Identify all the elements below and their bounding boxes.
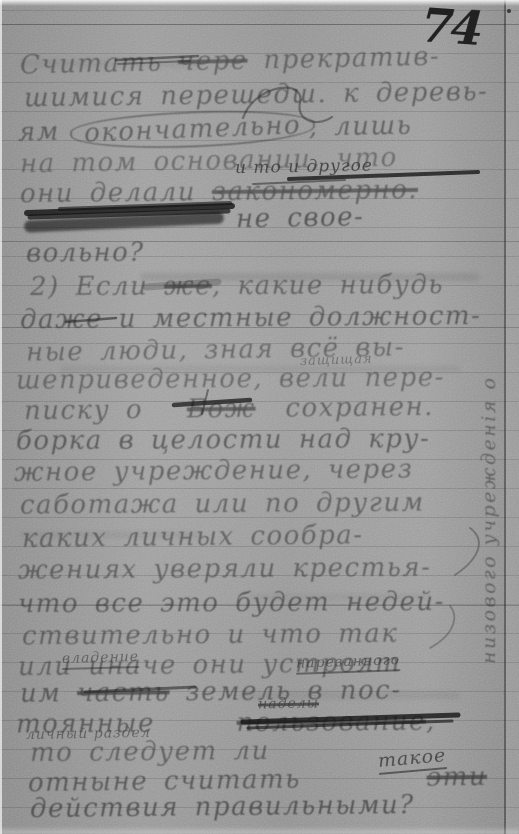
line-text: Считать: [20, 47, 179, 80]
handwriting-line: вольно?: [26, 237, 145, 268]
line-text: 2) Если: [30, 271, 164, 302]
interlinear-insertion: нарезанного: [296, 652, 401, 675]
line-text: ,: [426, 707, 436, 737]
handwriting-line: действия правильными?: [30, 790, 415, 824]
line-text: жное учреждение, через: [14, 454, 413, 487]
line-text: им: [20, 678, 77, 708]
margin-note-vertical: низового учрежденія о: [478, 280, 502, 664]
manuscript-page: 74 Считать чере прекратив- шимися переше…: [0, 0, 519, 834]
line-text: сохранен.: [270, 392, 435, 424]
interlinear-insertion: и то и другое: [235, 156, 373, 178]
handwriting-line: жное учреждение, через: [14, 454, 413, 487]
line-text: ям: [18, 116, 76, 147]
line-text: каких личных сообра-: [22, 520, 364, 554]
struck-word: Бож: [187, 394, 256, 425]
page-edge-top: [0, 0, 519, 6]
line-text: действия правильными?: [30, 790, 415, 824]
line-text: саботажа или по другим: [20, 488, 425, 521]
handwriting-line: борка в целости над кру-: [16, 424, 430, 456]
handwriting-line: не свое-: [24, 202, 365, 238]
line-text: ствительно и что так: [22, 619, 399, 652]
line-text: не свое-: [236, 202, 365, 234]
line-text: жениях уверяли крестья-: [18, 553, 432, 586]
line-text: писку о: [24, 395, 159, 426]
line-text: прекратив-: [247, 42, 440, 76]
line-text: даже и местные должност-: [20, 301, 482, 335]
interlinear-insertion: владение: [62, 649, 140, 670]
struck-word: часть: [77, 677, 170, 708]
page-edge-right-strip: [506, 0, 519, 834]
line-text: , лишь: [308, 111, 412, 143]
handwriting-line: каких личных сообра-: [22, 520, 364, 554]
line-text: , какие нибудь: [212, 270, 444, 301]
handwriting-line: писку о Бож сохранен.: [24, 392, 434, 426]
handwriting-line: что все это будет недей-: [18, 587, 445, 619]
interlinear-insertion: личный раздел: [26, 725, 151, 743]
blotted-out-word: [24, 212, 224, 233]
handwriting-line: шеприведенное, вели пере-: [16, 363, 445, 396]
handwriting-line: им часть земель в пос-: [20, 675, 402, 708]
line-text: что все это будет недей-: [18, 587, 445, 619]
interlinear-insertion: защищая: [300, 352, 373, 370]
line-text: вольно?: [26, 237, 145, 268]
handwriting-line: 2) Если же, какие нибудь: [30, 270, 444, 302]
handwriting-line: жениях уверяли крестья-: [18, 553, 432, 586]
handwriting-line: даже и местные должност-: [20, 301, 482, 335]
line-text: шеприведенное, вели пере-: [16, 363, 445, 396]
handwriting-line: ствительно и что так: [22, 619, 399, 652]
struck-word: чере: [178, 46, 248, 77]
handwriting-line: саботажа или по другим: [20, 488, 425, 521]
page-edge-left: [0, 0, 2, 834]
interlinear-insertion-struck: наделы: [258, 695, 319, 712]
line-text: борка в целости над кру-: [16, 424, 430, 456]
struck-word: же: [164, 271, 212, 301]
page-edge-bottom: [0, 826, 519, 834]
